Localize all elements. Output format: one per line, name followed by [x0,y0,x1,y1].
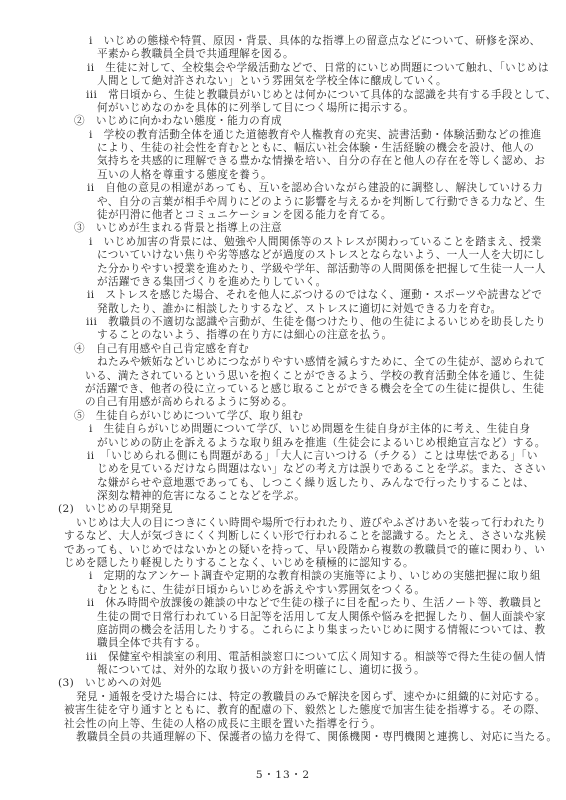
document-page: i いじめの態様や特質、原因・背景、具体的な指導上の留意点などについて、研修を深… [0,0,566,800]
page-number: 5・13・2 [0,767,566,782]
text-line: 教職員全員の共通理解の下、保護者の協力を得て、関係機関・専門機関と連携し、対応に… [76,730,557,745]
